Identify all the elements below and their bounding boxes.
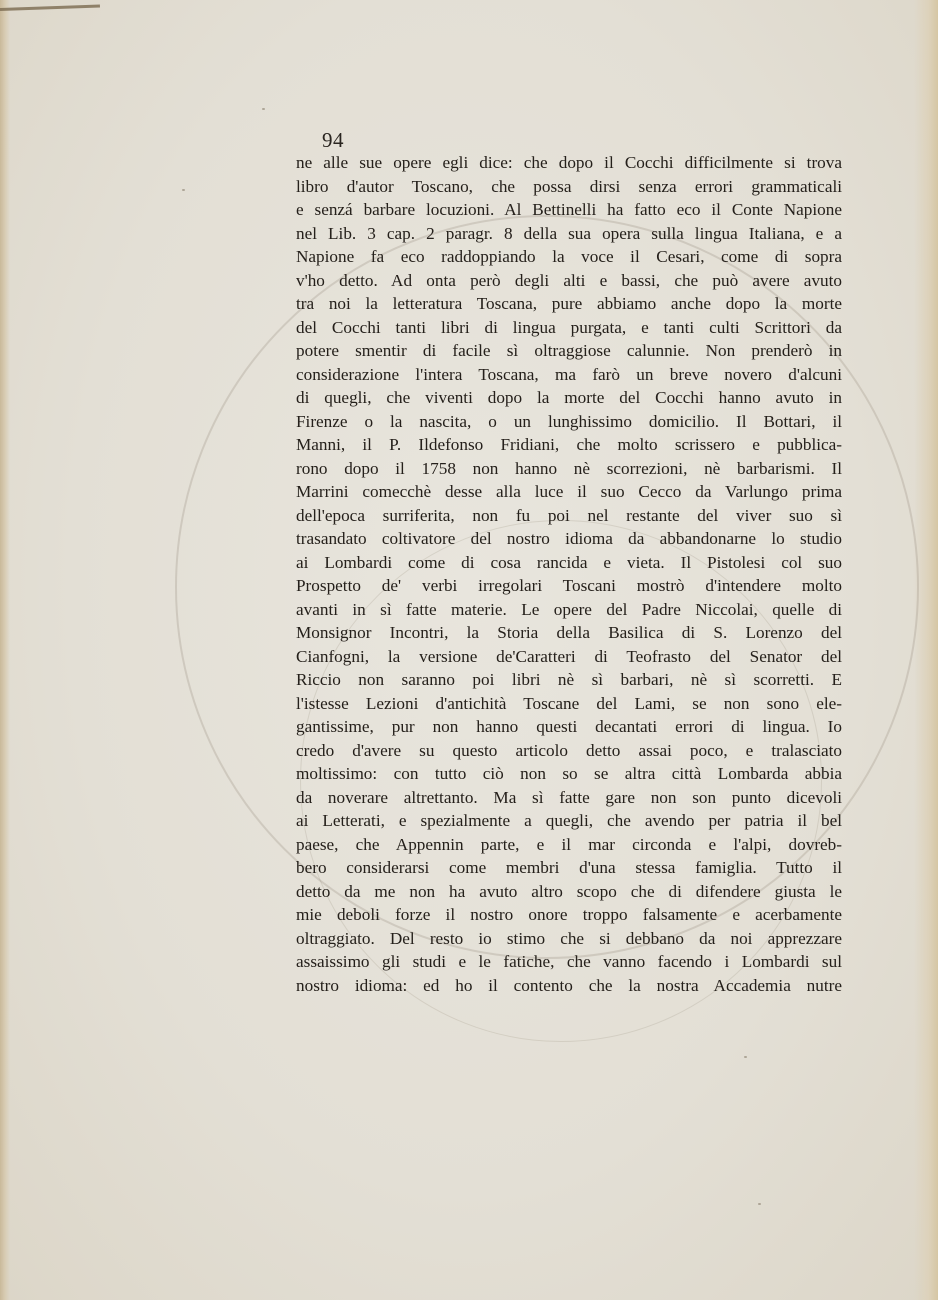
text-line: tra noi la letteratura Toscana, pure abb… (296, 292, 842, 316)
text-line: paese, che Appennin parte, e il mar circ… (296, 833, 842, 857)
text-line: Cianfogni, la versione de'Caratteri di T… (296, 645, 842, 669)
text-line: trasandato coltivatore del nostro idioma… (296, 527, 842, 551)
text-line: dell'epoca surriferita, non fu poi nel r… (296, 504, 842, 528)
text-line: da noverare altrettanto. Ma sì fatte gar… (296, 786, 842, 810)
paper-speck (262, 108, 265, 110)
text-line: bero considerarsi come membri d'una stes… (296, 856, 842, 880)
text-line: l'istesse Lezioni d'antichità Toscane de… (296, 692, 842, 716)
text-line: Monsignor Incontri, la Storia della Basi… (296, 621, 842, 645)
text-line: Prospetto de' verbi irregolari Toscani m… (296, 574, 842, 598)
page-left-edge-stain (0, 0, 10, 1300)
scanned-page: 94 ne alle sue opere egli dice: che dopo… (0, 0, 938, 1300)
page-top-tear-mark (0, 5, 100, 11)
text-line: oltraggiato. Del resto io stimo che si d… (296, 927, 842, 951)
paper-speck (744, 1056, 747, 1058)
text-line: e senzá barbare locuzioni. Al Bettinelli… (296, 198, 842, 222)
text-line: nel Lib. 3 cap. 2 paragr. 8 della sua op… (296, 222, 842, 246)
text-line: Manni, il P. Ildefonso Fridiani, che mol… (296, 433, 842, 457)
text-line: mie deboli forze il nostro onore troppo … (296, 903, 842, 927)
text-line: detto da me non ha avuto altro scopo che… (296, 880, 842, 904)
text-line: Riccio non saranno poi libri nè sì barba… (296, 668, 842, 692)
text-line: rono dopo il 1758 non hanno nè scorrezio… (296, 457, 842, 481)
text-line: ne alle sue opere egli dice: che dopo il… (296, 151, 842, 175)
text-line: di quegli, che viventi dopo la morte del… (296, 386, 842, 410)
text-line: gantissime, pur non hanno questi decanta… (296, 715, 842, 739)
page-right-edge-stain (914, 0, 938, 1300)
text-line: Firenze o la nascita, o un lunghissimo d… (296, 410, 842, 434)
text-line: Marrini comecchè desse alla luce il suo … (296, 480, 842, 504)
text-line: nostro idioma: ed ho il contento che la … (296, 974, 842, 998)
text-line: Napione fa eco raddoppiando la voce il C… (296, 245, 842, 269)
text-line: del Cocchi tanti libri di lingua purgata… (296, 316, 842, 340)
text-line: considerazione l'intera Toscana, ma farò… (296, 363, 842, 387)
text-line: credo d'avere su questo articolo detto a… (296, 739, 842, 763)
body-text: ne alle sue opere egli dice: che dopo il… (296, 151, 842, 997)
text-line: libro d'autor Toscano, che possa dirsi s… (296, 175, 842, 199)
text-line: moltissimo: con tutto ciò non so se altr… (296, 762, 842, 786)
text-line: avanti in sì fatte materie. Le opere del… (296, 598, 842, 622)
text-line: assaissimo gli studi e le fatiche, che v… (296, 950, 842, 974)
text-line: ai Lombardi come di cosa rancida e vieta… (296, 551, 842, 575)
page-number: 94 (322, 128, 344, 153)
paper-speck (758, 1203, 761, 1205)
text-line: ai Letterati, e spezialmente a quegli, c… (296, 809, 842, 833)
paper-speck (182, 189, 185, 191)
text-line: v'ho detto. Ad onta però degli alti e ba… (296, 269, 842, 293)
text-line: potere smentir di facile sì oltraggiose … (296, 339, 842, 363)
